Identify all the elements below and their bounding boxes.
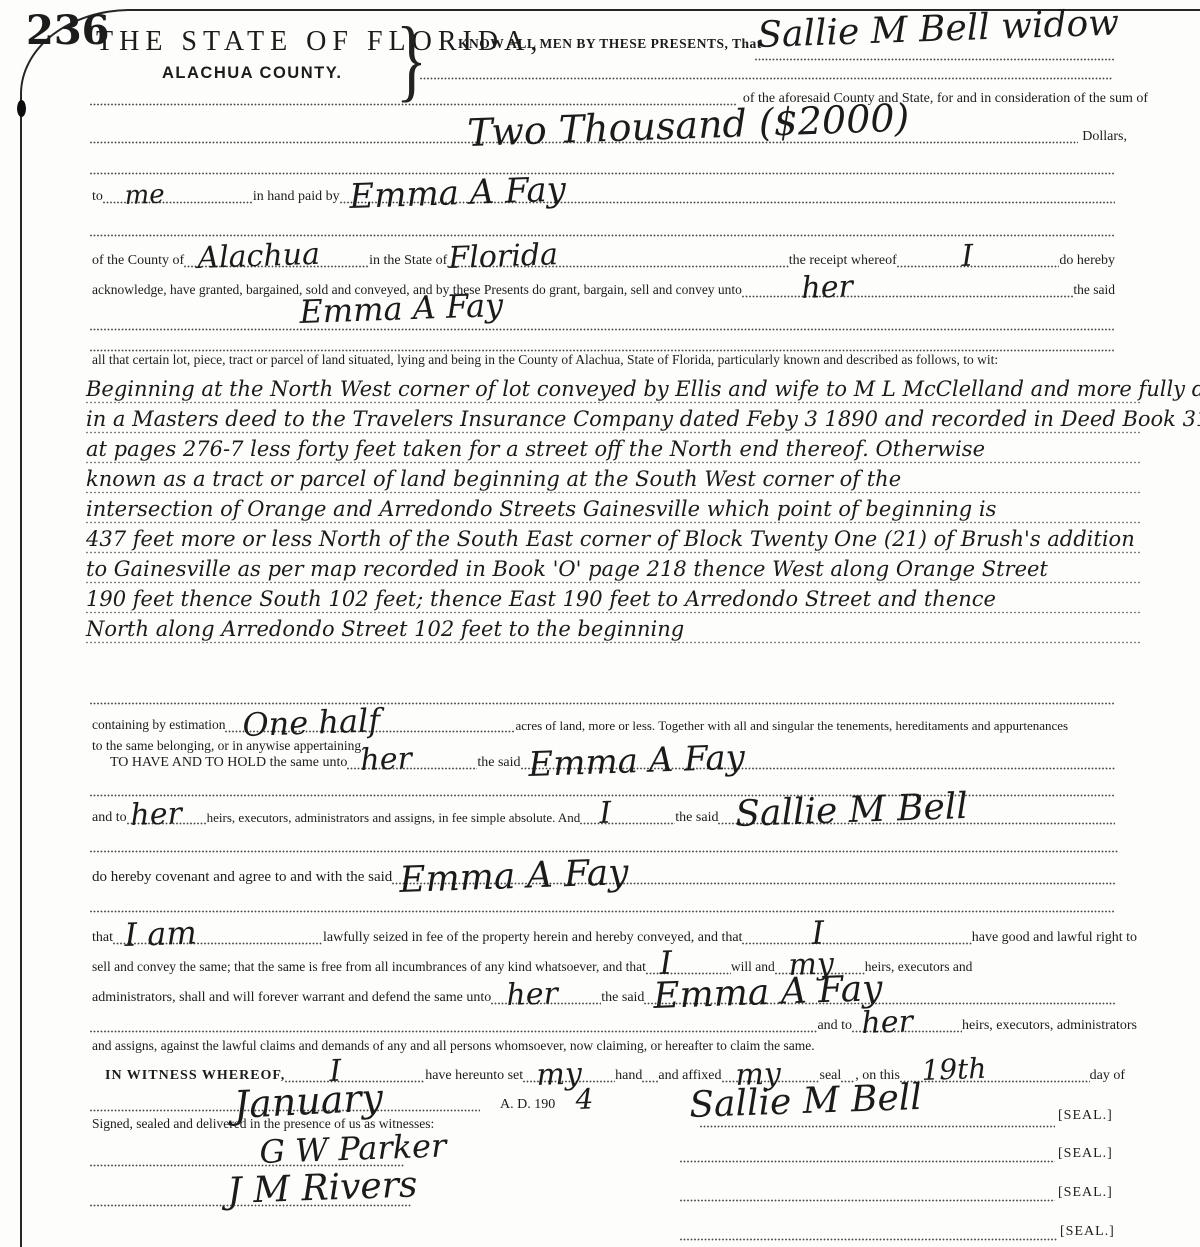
and-i-blank: I	[580, 811, 675, 825]
the-said-label: the said	[1073, 283, 1115, 298]
aforesaid-row: of the aforesaid County and State, for a…	[90, 88, 1148, 106]
grantor-signature: Sallie M Bell	[689, 1080, 923, 1124]
hand-label: hand	[615, 1068, 642, 1083]
covenant-row: do hereby covenant and agree to and with…	[92, 865, 1115, 885]
description-intro: all that certain lot, piece, tract or pa…	[92, 352, 998, 368]
that-label: that	[92, 930, 113, 945]
seal-label: [SEAL.]	[1058, 1108, 1113, 1124]
the-said-label: the said	[477, 755, 520, 770]
dotted-line	[90, 1204, 412, 1207]
county-handwritten: Alachua	[197, 240, 320, 274]
dotted-line	[90, 910, 1115, 913]
dotted-line	[90, 172, 1115, 175]
sell-row: sell and convey the same; that the same …	[92, 955, 1133, 975]
seized-blank: I	[742, 931, 971, 945]
deed-description-line: known as a tract or parcel of land begin…	[86, 464, 1140, 494]
in-hand-label: in hand paid by	[253, 189, 340, 204]
covenant-text: do hereby covenant and agree to and with…	[92, 869, 392, 886]
dotted-line	[90, 234, 1115, 237]
containing-label: containing by estimation	[92, 718, 225, 733]
acreage-blank: One half	[225, 719, 515, 733]
seized-text: lawfully seized in fee of the property h…	[323, 930, 742, 945]
right-to-text: have good and lawful right to	[972, 930, 1137, 945]
to-have-blank: her	[347, 756, 477, 770]
unto-her-blank: her	[491, 991, 601, 1005]
and-to-label: and to	[817, 1018, 852, 1033]
county-blank: Alachua	[184, 254, 369, 268]
deed-description-line: Beginning at the North West corner of lo…	[86, 374, 1140, 404]
seized-handwritten: I	[811, 917, 825, 949]
seal-label: [SEAL.]	[1060, 1224, 1115, 1240]
and-to-blank: her	[127, 811, 207, 825]
in-state-label: in the State of	[369, 253, 447, 268]
day-blank: 19th	[900, 1069, 1090, 1083]
state-blank: Florida	[447, 254, 788, 268]
to-label: to	[92, 189, 103, 204]
blank-line	[90, 1019, 817, 1033]
dotted-line	[755, 58, 1115, 61]
administrators-row: administrators, shall and will forever w…	[92, 985, 1115, 1005]
hand-my-blank: my	[523, 1069, 615, 1083]
and-to-her-blank: her	[852, 1019, 962, 1033]
deed-description-line: 190 feet thence South 102 feet; thence E…	[86, 584, 1140, 614]
paid-by-row: to me in hand paid by Emma A Fay	[92, 184, 1115, 204]
payee-pronoun-blank: me	[103, 190, 253, 204]
ink-blot	[17, 100, 26, 117]
affixed-label: and affixed	[658, 1068, 721, 1083]
day-of-label: day of	[1090, 1068, 1125, 1083]
warranty-grantee-blank: Emma A Fay	[644, 991, 1115, 1005]
that-handwritten: I am	[124, 916, 197, 951]
year-handwritten: 4	[575, 1085, 594, 1114]
dotted-line	[90, 328, 1115, 331]
state-handwritten: Florida	[448, 240, 558, 274]
unto-handwritten: her	[801, 272, 853, 304]
sell-text: sell and convey the same; that the same …	[92, 960, 646, 975]
deed-description-line: in a Masters deed to the Travelers Insur…	[86, 404, 1140, 434]
receipt-handwritten: I	[961, 242, 974, 272]
acres-text: acres of land, more or less. Together wi…	[515, 719, 1068, 733]
the-said-label: the said	[675, 810, 718, 825]
seized-row: that I am lawfully seized in fee of the …	[92, 925, 1137, 945]
grantee-blank: Emma A Fay	[521, 756, 1116, 770]
dotted-line	[680, 1238, 1058, 1241]
of-county-label: of the County of	[92, 253, 184, 268]
dollars-label: Dollars,	[1082, 129, 1127, 144]
witness1-signature: G W Parker	[259, 1129, 447, 1168]
heirs2-row: and to her heirs, executors, administrat…	[90, 1013, 1137, 1033]
receipt-blank: I	[897, 254, 1060, 268]
covenant-blank: Emma A Fay	[392, 871, 1115, 885]
deed-description-line: North along Arredondo Street 102 feet to…	[86, 614, 1140, 644]
receipt-whereof-label: the receipt whereof	[789, 253, 897, 268]
deed-document-page: 236 THE STATE OF FLORIDA, ALACHUA COUNTY…	[0, 0, 1200, 1247]
payer-blank: Emma A Fay	[340, 190, 1115, 204]
unto-blank: her	[742, 284, 1073, 298]
sell-i-handwritten: I	[659, 947, 673, 979]
county-state-row: of the County of Alachua in the State of…	[92, 248, 1115, 268]
that-blank: I am	[113, 931, 323, 945]
amount-row: Two Thousand ($2000) Dollars,	[90, 118, 1127, 144]
to-have-row: TO HAVE AND TO HOLD the same unto her th…	[110, 750, 1115, 770]
heirs-text: heirs, executors, administrators and ass…	[207, 811, 581, 825]
blank-line	[90, 92, 737, 106]
containing-row: containing by estimation One half acres …	[92, 713, 1130, 733]
and-to-handwritten: her	[130, 799, 182, 831]
dotted-line	[420, 77, 1112, 80]
witness-row: IN WITNESS WHEREOF, I have hereunto set …	[105, 1063, 1125, 1083]
deed-description-line: intersection of Orange and Arredondo Str…	[86, 494, 1140, 524]
grantor-blank: Sallie M Bell	[718, 811, 1115, 825]
hereunto-label: have hereunto set	[425, 1068, 523, 1083]
deed-description-line: at pages 276-7 less forty feet taken for…	[86, 434, 1140, 464]
deed-description-line: to Gainesville as per map recorded in Bo…	[86, 554, 1140, 584]
seal-label: [SEAL.]	[1058, 1185, 1113, 1201]
day-handwritten: 19th	[921, 1055, 987, 1085]
dotted-line	[680, 1160, 1055, 1163]
know-all-men-label: KNOW ALL MEN BY THESE PRESENTS, That	[458, 36, 762, 52]
and-to-her-handwritten: her	[861, 1007, 913, 1039]
payee-pronoun-handwritten: me	[124, 182, 165, 209]
covenant-handwritten: Emma A Fay	[399, 855, 629, 899]
county-heading: ALACHUA COUNTY.	[162, 64, 342, 83]
grantor-handwritten: Sallie M Bell	[735, 789, 969, 833]
acreage-handwritten: One half	[242, 704, 381, 741]
dotted-line	[700, 1125, 1055, 1128]
dotted-line	[90, 702, 1115, 705]
deed-description-line: 437 feet more or less North of the South…	[86, 524, 1140, 554]
seal-label: [SEAL.]	[1058, 1146, 1113, 1162]
blank-line	[642, 1069, 658, 1083]
grantee-handwritten: Emma A Fay	[299, 289, 504, 328]
to-have-handwritten: her	[360, 744, 412, 776]
and-to-label: and to	[92, 810, 127, 825]
heirs2-text: heirs, executors, administrators	[962, 1018, 1137, 1033]
ad-label: A. D. 190	[500, 1097, 555, 1113]
grantee-handwritten: Emma A Fay	[527, 740, 745, 782]
amount-blank: Two Thousand ($2000)	[90, 130, 1078, 144]
assigns-text: and assigns, against the lawful claims a…	[92, 1038, 815, 1054]
unto-her-handwritten: her	[506, 979, 558, 1011]
acknowledge-row: acknowledge, have granted, bargained, so…	[92, 278, 1115, 298]
to-have-label: TO HAVE AND TO HOLD the same unto	[110, 755, 347, 770]
payer-handwritten: Emma A Fay	[348, 172, 566, 214]
heirs-row: and to her heirs, executors, administrat…	[92, 805, 1115, 825]
and-i-handwritten: I	[599, 799, 612, 829]
do-hereby-label: do hereby	[1059, 253, 1115, 268]
warranty-grantee-handwritten: Emma A Fay	[653, 971, 883, 1015]
administrators-text: administrators, shall and will forever w…	[92, 990, 491, 1005]
the-said-label: the said	[601, 990, 644, 1005]
dotted-line	[680, 1199, 1055, 1202]
